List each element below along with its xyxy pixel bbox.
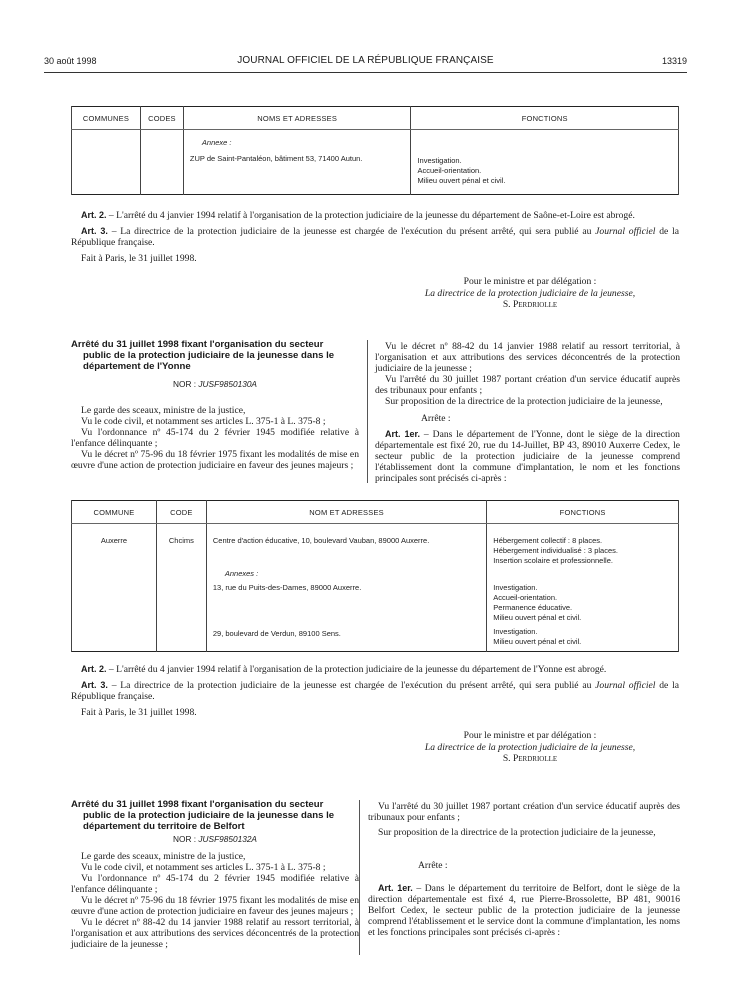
function-item: Investigation. <box>417 156 672 166</box>
section2-articles: Art. 2. – L'arrêté du 4 janvier 1994 rel… <box>71 664 679 718</box>
table-row: Annexe : ZUP de Saint-Pantaléon, bâtimen… <box>72 130 679 195</box>
decree-yonne-right-column: Vu le décret nº 88-42 du 14 janvier 1988… <box>375 341 680 484</box>
function-item: Accueil-orientation. <box>417 166 672 176</box>
arrete-label: Arrête : <box>368 860 680 871</box>
col-header-noms-adresses: NOMS ET ADRESSES <box>183 107 411 130</box>
article-1: Art. 1er. – Dans le département du terri… <box>368 883 680 938</box>
journal-title: JOURNAL OFFICIEL DE LA RÉPUBLIQUE FRANÇA… <box>0 55 731 66</box>
nor-reference: NOR : JUSF9850132A <box>71 834 359 844</box>
decree-belfort-right-column: Vu l'arrêté du 30 juillet 1987 portant c… <box>368 801 680 938</box>
col-header-fonctions: FONCTIONS <box>487 501 679 524</box>
cell-commune <box>72 130 141 195</box>
function-item: Milieu ouvert pénal et civil. <box>417 176 672 186</box>
visas-right: Vu le décret nº 88-42 du 14 janvier 1988… <box>375 341 680 484</box>
decree-yonne-left-column: Arrêté du 31 juillet 1998 fixant l'organ… <box>71 339 359 471</box>
col-header-code: CODE <box>156 501 206 524</box>
arrete-label: Arrête : <box>375 413 680 424</box>
signatory-name: S. Perdriolle <box>380 299 680 311</box>
table-header-row: COMMUNE CODE NOM ET ADRESSES FONCTIONS <box>72 501 679 524</box>
col-header-codes: CODES <box>140 107 183 130</box>
cell-functions: Investigation. Accueil-orientation. Mili… <box>411 130 679 195</box>
signatory-name: S. Perdriolle <box>380 753 680 765</box>
col-header-commune: COMMUNE <box>72 501 157 524</box>
table-row: Auxerre Chcims Centre d'action éducative… <box>72 524 679 652</box>
establishments-table-saone-et-loire: COMMUNES CODES NOMS ET ADRESSES FONCTION… <box>71 106 679 195</box>
article-3: Art. 3. – La directrice de la protection… <box>71 226 679 248</box>
annex-label: Annexe : <box>190 138 405 148</box>
cell-commune: Auxerre <box>72 524 157 652</box>
visas-left: Le garde des sceaux, ministre de la just… <box>71 851 359 950</box>
visas-right: Vu l'arrêté du 30 juillet 1987 portant c… <box>368 801 680 938</box>
signature-block-2: Pour le ministre et par délégation : La … <box>380 730 680 765</box>
column-divider <box>367 340 368 483</box>
annex-address: 29, boulevard de Verdun, 89100 Sens. <box>213 629 480 639</box>
cell-functions: Hébergement collectif : 8 places. Héberg… <box>487 524 679 652</box>
cell-code <box>140 130 183 195</box>
col-header-communes: COMMUNES <box>72 107 141 130</box>
article-2: Art. 2. – L'arrêté du 4 janvier 1994 rel… <box>71 210 679 221</box>
section1-articles: Art. 2. – L'arrêté du 4 janvier 1994 rel… <box>71 210 679 264</box>
main-address: Centre d'action éducative, 10, boulevard… <box>213 536 480 546</box>
annex-label: Annexes : <box>213 569 480 579</box>
annex-address: ZUP de Saint-Pantaléon, bâtiment 53, 714… <box>190 154 405 164</box>
done-at: Fait à Paris, le 31 juillet 1998. <box>71 253 679 264</box>
table-header-row: COMMUNES CODES NOMS ET ADRESSES FONCTION… <box>72 107 679 130</box>
col-header-fonctions: FONCTIONS <box>411 107 679 130</box>
article-2: Art. 2. – L'arrêté du 4 janvier 1994 rel… <box>71 664 679 675</box>
decree-title: Arrêté du 31 juillet 1998 fixant l'organ… <box>71 339 359 372</box>
visas-left: Le garde des sceaux, ministre de la just… <box>71 405 359 471</box>
nor-reference: NOR : JUSF9850130A <box>71 379 359 389</box>
done-at: Fait à Paris, le 31 juillet 1998. <box>71 707 679 718</box>
establishments-table-yonne: COMMUNE CODE NOM ET ADRESSES FONCTIONS A… <box>71 500 679 652</box>
decree-title: Arrêté du 31 juillet 1998 fixant l'organ… <box>71 799 359 832</box>
signature-block-1: Pour le ministre et par délégation : La … <box>380 276 680 311</box>
cell-code: Chcims <box>156 524 206 652</box>
cell-address: Annexe : ZUP de Saint-Pantaléon, bâtimen… <box>183 130 411 195</box>
col-header-nom-adresses: NOM ET ADRESSES <box>206 501 486 524</box>
annex-address: 13, rue du Puits-des-Dames, 89000 Auxerr… <box>213 583 480 593</box>
cell-address: Centre d'action éducative, 10, boulevard… <box>206 524 486 652</box>
article-1: Art. 1er. – Dans le département de l'Yon… <box>375 429 680 484</box>
article-3: Art. 3. – La directrice de la protection… <box>71 680 679 702</box>
header-rule <box>44 72 687 73</box>
column-divider <box>359 800 360 955</box>
decree-belfort-left-column: Arrêté du 31 juillet 1998 fixant l'organ… <box>71 799 359 950</box>
page-number: 13319 <box>662 56 687 66</box>
